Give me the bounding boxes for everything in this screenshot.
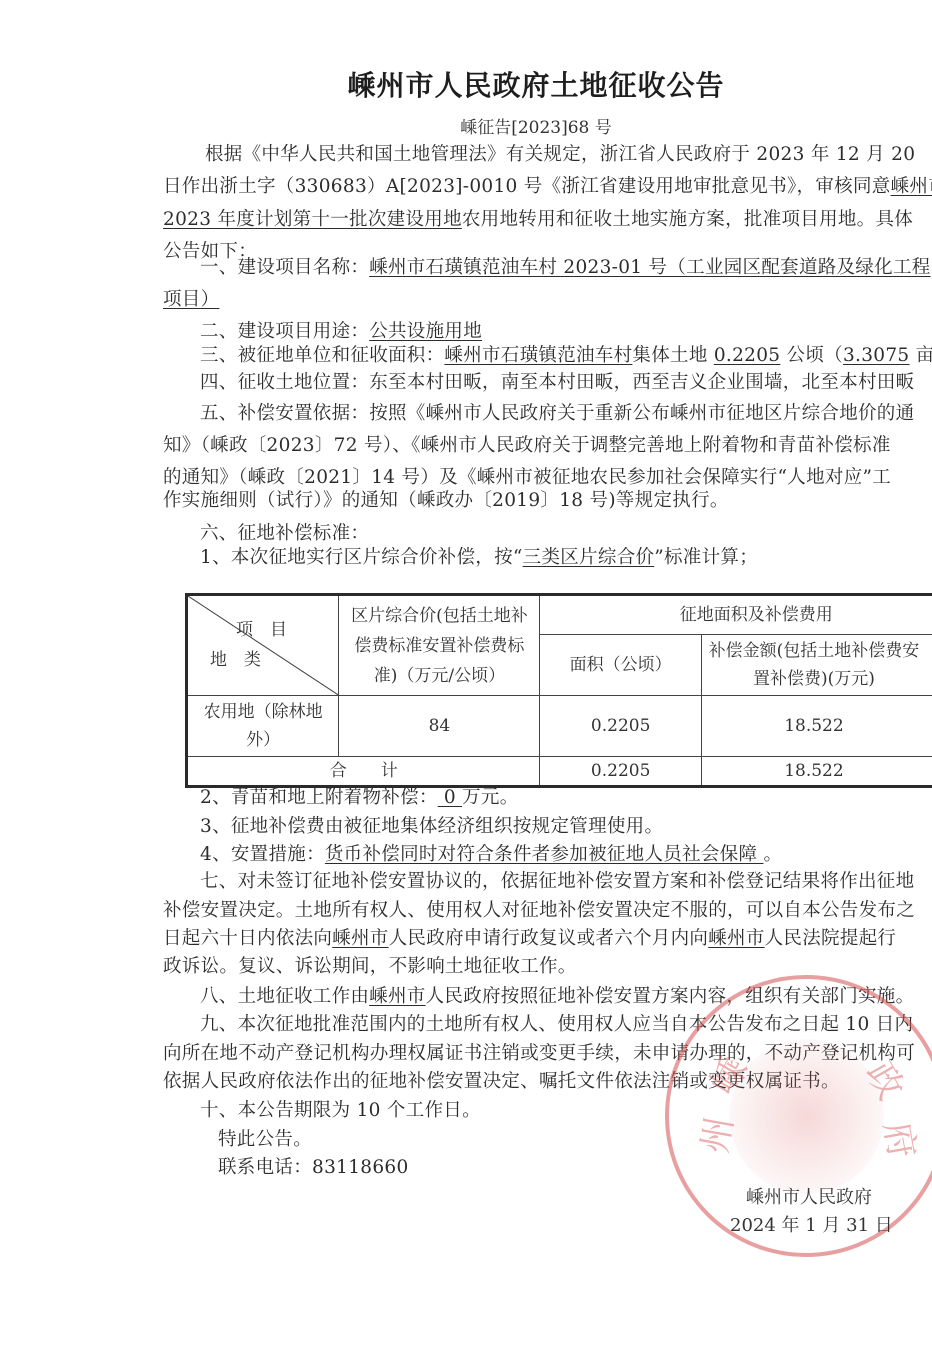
intro-line-3: 2023 年度计划第十一批次建设用地农用地转用和征收土地实施方案，批准项目用地。… xyxy=(163,208,913,232)
item-1-project-name: 一、建设项目名称：嵊州市石璜镇范油车村 2023-01 号（工业园区配套道路及绿… xyxy=(200,256,931,280)
table-row: 农用地（除林地外） 84 0.2205 18.522 xyxy=(187,696,932,757)
item-7-line-3: 日起六十日内依法向嵊州市人民政府申请行政复议或者六个月内向嵊州市人民法院提起行 xyxy=(163,927,896,951)
item-9-line-3: 依据人民政府依法作出的征地补偿安置决定、嘱托文件依法注销或变更权属证书。 xyxy=(163,1070,840,1094)
item-10: 十、本公告期限为 10 个工作日。 xyxy=(200,1099,481,1123)
header-amount: 补偿金额(包括土地补偿费安置补偿费)(万元) xyxy=(701,635,932,696)
item-5-basis-line-1: 五、补偿安置依据：按照《嵊州市人民政府关于重新公布嵊州市征地区片综合地价的通 xyxy=(200,402,914,426)
cell-total-amount: 18.522 xyxy=(701,757,932,787)
item-9-line-1: 九、本次征地批准范围内的土地所有权人、使用权人应当自本公告发布之日起 10 日内 xyxy=(200,1013,913,1037)
closing-text: 特此公告。 xyxy=(218,1128,312,1152)
item-6-sub-4: 4、安置措施：货币补偿同时对符合条件者参加被征地人员社会保障 。 xyxy=(200,843,782,867)
seal-char: 府 xyxy=(874,1117,930,1161)
item-6-sub-3: 3、征地补偿费由被征地集体经济组织按规定管理使用。 xyxy=(200,815,663,839)
intro-line-2: 日作出浙土字（330683）A[2023]-0010 号《浙江省建设用地审批意见… xyxy=(163,175,932,199)
compensation-table: 项 目 地 类 区片综合价(包括土地补偿费标准安置补偿费标准)（万元/公顷） 征… xyxy=(185,593,932,788)
item-1-project-name-cont: 项目） xyxy=(163,288,219,312)
item-9-line-2: 向所在地不动产登记机构办理权属证书注销或变更手续，未申请办理的，不动产登记机构可 xyxy=(163,1042,915,1066)
cell-amount: 18.522 xyxy=(701,696,932,757)
cell-area: 0.2205 xyxy=(540,696,701,757)
intro-line-1: 根据《中华人民共和国土地管理法》有关规定，浙江省人民政府于 2023 年 12 … xyxy=(205,143,915,167)
corner-header-cell: 项 目 地 类 xyxy=(187,595,339,696)
issue-date: 2024 年 1 月 31 日 xyxy=(730,1211,893,1237)
item-5-basis-line-4: 作实施细则（试行）》的通知（嵊政办〔2019〕18 号)等规定执行。 xyxy=(163,489,729,513)
cell-price: 84 xyxy=(339,696,540,757)
header-area: 面积（公顷） xyxy=(540,635,701,696)
cell-total-area: 0.2205 xyxy=(540,757,701,787)
document-number: 嵊征告[2023]68 号 xyxy=(70,113,932,138)
item-4-location: 四、征收土地位置：东至本村田畈，南至本村田畈，西至吉义企业围墙，北至本村田畈 xyxy=(200,371,914,395)
item-2-project-use: 二、建设项目用途：公共设施用地 xyxy=(200,320,482,344)
item-6-sub-2: 2、青苗和地上附着物补偿： 0 万元。 xyxy=(200,786,519,810)
item-7-line-4: 政诉讼。复议、诉讼期间，不影响土地征收工作。 xyxy=(163,955,577,979)
page-title: 嵊州市人民政府土地征收公告 xyxy=(70,64,932,104)
item-6-sub-1: 1、本次征地实行区片综合价补偿，按“三类区片综合价”标准计算； xyxy=(200,546,758,570)
item-6-heading: 六、征地补偿标准： xyxy=(200,522,369,546)
corner-header-bottom: 地 类 xyxy=(210,646,261,674)
item-5-basis-line-3: 的通知》（嵊政〔2021〕14 号）及《嵊州市被征地农民参加社会保障实行“人地对… xyxy=(163,466,891,490)
item-7-line-2: 补偿安置决定。土地所有权人、使用权人对征地补偿安置决定不服的，可以自本公告发布之 xyxy=(163,899,915,923)
seal-char: 州 xyxy=(687,1112,743,1156)
item-8: 八、土地征收工作由嵊州市人民政府按照征地补偿安置方案内容，组织有关部门实施。 xyxy=(200,985,914,1009)
cell-land-type: 农用地（除林地外） xyxy=(187,696,339,757)
item-5-basis-line-2: 知》（嵊政〔2023〕72 号）、《嵊州市人民政府关于调整完善地上附着物和青苗补… xyxy=(163,434,891,458)
item-7-line-1: 七、对未签订征地补偿安置协议的，依据征地补偿安置方案和补偿登记结果将作出征地 xyxy=(200,870,914,894)
corner-header-top: 项 目 xyxy=(236,616,287,644)
header-price: 区片综合价(包括土地补偿费标准安置补偿费标准)（万元/公顷） xyxy=(339,595,540,696)
contact-phone: 联系电话：83118660 xyxy=(218,1156,409,1180)
header-group: 征地面积及补偿费用 xyxy=(540,595,932,635)
item-3-expropriated-area: 三、被征地单位和征收面积：嵊州市石璜镇范油车村集体土地 0.2205 公顷（3.… xyxy=(200,344,932,368)
issuing-authority: 嵊州市人民政府 xyxy=(746,1183,872,1209)
cell-total-label: 合 计 xyxy=(187,757,540,787)
table-total-row: 合 计 0.2205 18.522 xyxy=(187,757,932,787)
